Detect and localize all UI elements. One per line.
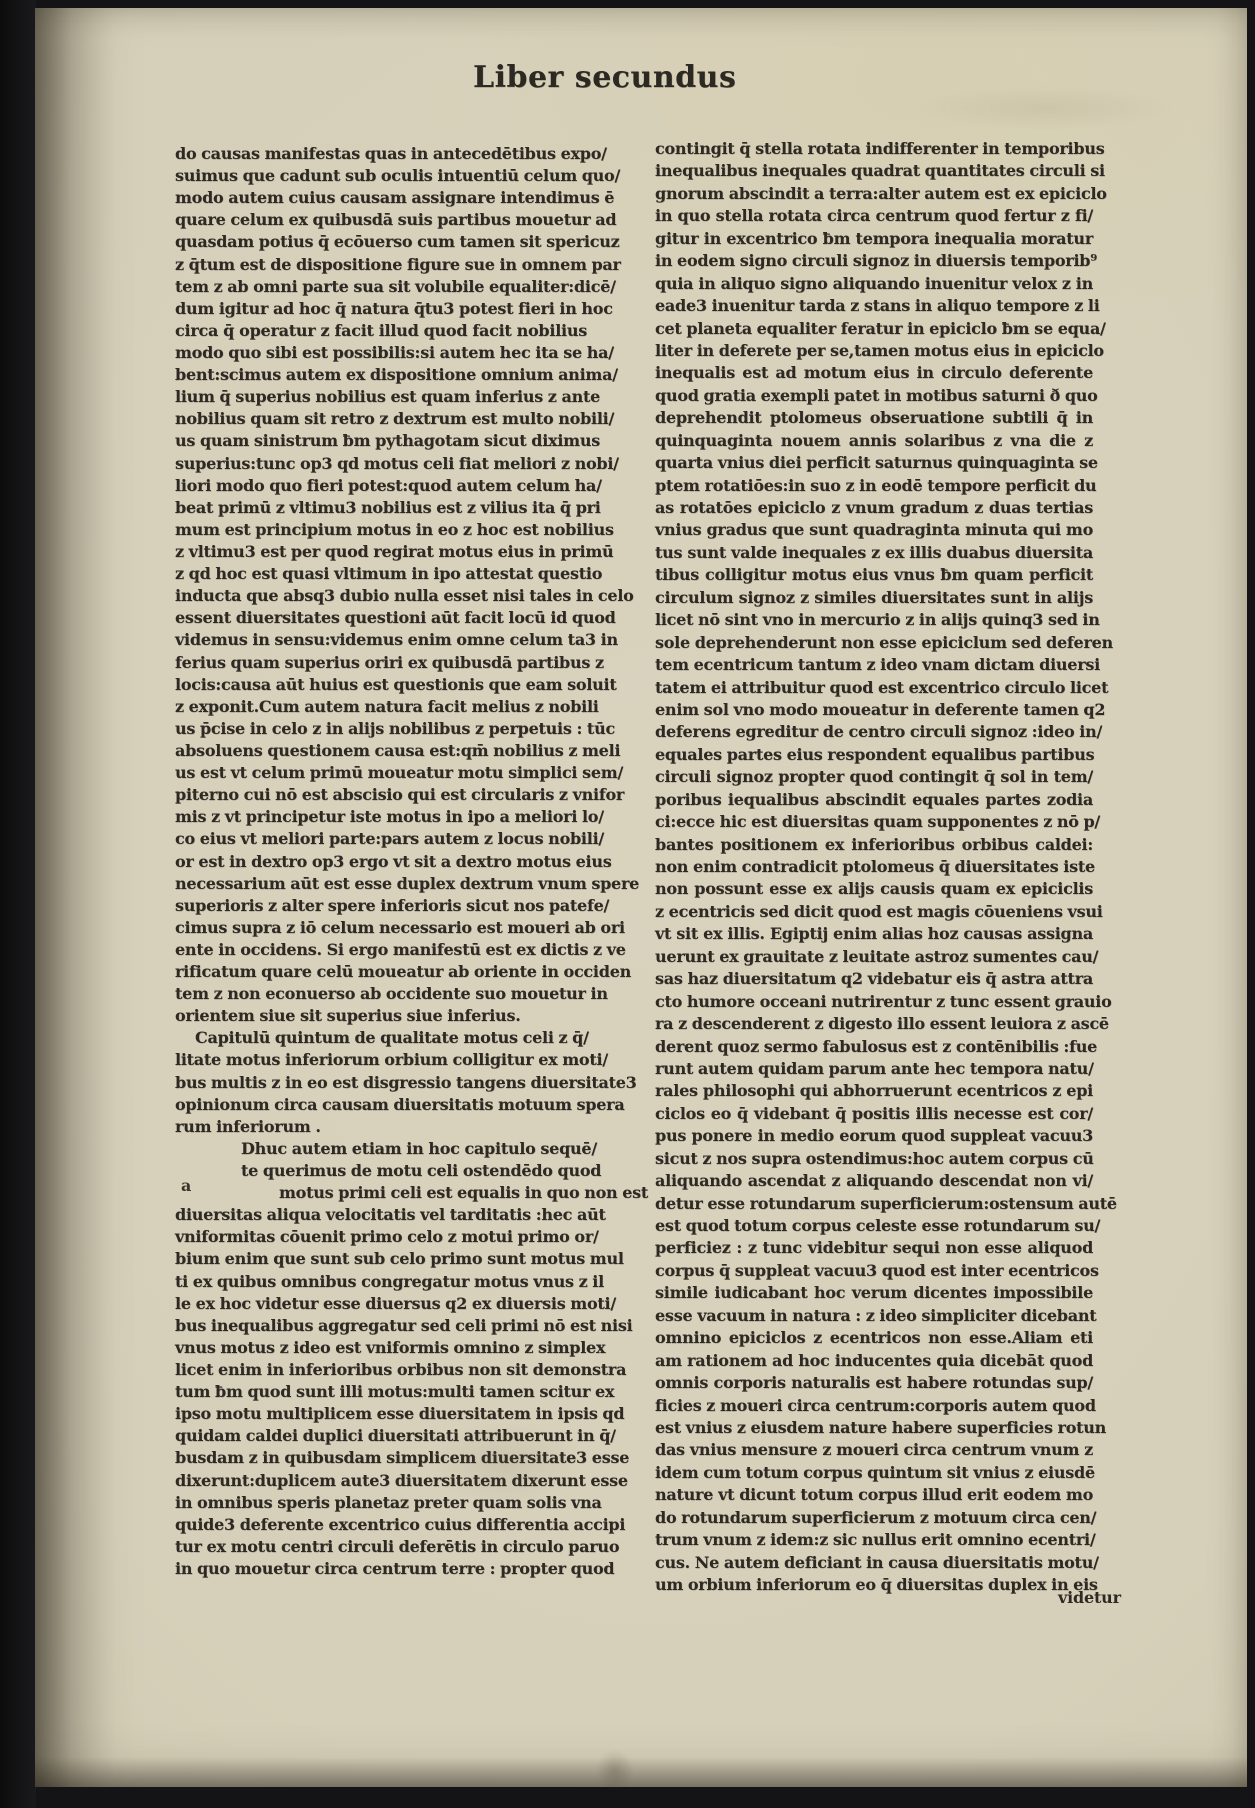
text-line: inequalibus inequales quadrat quantitate… [655, 160, 1093, 182]
text-line: piterno cui nō est abscisio qui est circ… [175, 784, 587, 806]
text-line: ci:ecce hic est diuersitas quam supponen… [655, 811, 1093, 833]
text-line: as rotatōes epiciclo z vnum gradum z dua… [655, 497, 1093, 519]
text-line: tus sunt valde inequales z ex illis duab… [655, 542, 1093, 564]
text-line: modo autem cuius causam assignare intend… [175, 187, 587, 209]
text-line: litate motus inferiorum orbium colligitu… [175, 1049, 587, 1071]
text-line: detur esse rotundarum superficierum:oste… [655, 1193, 1093, 1215]
text-line: equales partes eius respondent equalibus… [655, 744, 1093, 766]
text-line: sole deprehenderunt non esse epiciclum s… [655, 632, 1093, 654]
text-line: z exponit.Cum autem natura facit melius … [175, 696, 587, 718]
text-line: deferens egreditur de centro circuli sig… [655, 721, 1093, 743]
catchword: videtur [1058, 1588, 1121, 1607]
text-line: non enim contradicit ptolomeus q̄ diuers… [655, 856, 1093, 878]
text-line: rum inferiorum . [175, 1116, 587, 1138]
text-line: ferius quam superius oriri ex quibusdā p… [175, 652, 587, 674]
text-line: uerunt ex grauitate z leuitate astroz su… [655, 946, 1093, 968]
text-line: tur ex motu centri circuli deferētis in … [175, 1536, 587, 1558]
text-line: superioris z alter spere inferioris sicu… [175, 895, 587, 917]
text-line: est vnius z eiusdem nature habere superf… [655, 1417, 1093, 1439]
text-line: vnus motus z ideo est vniformis omnino z… [175, 1337, 587, 1359]
text-line: das vnius mensure z moueri circa centrum… [655, 1439, 1093, 1461]
page-bottom-shadow [35, 1757, 1247, 1787]
text-line: trum vnum z idem:z sic nullus erit omnin… [655, 1529, 1093, 1551]
text-line: eade3 inuenitur tarda z stans in aliquo … [655, 295, 1093, 317]
text-line: vnius gradus que sunt quadraginta minuta… [655, 519, 1093, 541]
text-line: tem z ab omni parte sua sit volubile equ… [175, 276, 587, 298]
text-line: quinquaginta nouem annis solaribus z vna… [655, 430, 1093, 452]
text-line: busdam z in quibusdam simplicem diuersit… [175, 1447, 587, 1469]
text-line: sas haz diuersitatum q2 videbatur eis q̄… [655, 968, 1093, 990]
text-line: z q̄tum est de dispositione figure sue i… [175, 254, 587, 276]
text-line: vniformitas cōuenit primo celo z motui p… [175, 1226, 587, 1248]
text-line: sicut z nos supra ostendimus:hoc autem c… [655, 1148, 1093, 1170]
text-line: tibus colligitur motus eius vnus ƀm quam… [655, 564, 1093, 586]
text-line: perficiez : z tunc videbitur sequi non e… [655, 1237, 1093, 1259]
text-line: us quam sinistrum ƀm pythagotam sicut di… [175, 430, 587, 452]
text-line: in eodem signo circuli signoz in diuersi… [655, 250, 1093, 272]
text-line: cus. Ne autem deficiant in causa diuersi… [655, 1552, 1093, 1574]
text-line: do rotundarum superficierum z motuum cir… [655, 1507, 1093, 1529]
text-line: omnino epiciclos z ecentricos non esse.A… [655, 1327, 1093, 1349]
text-line: circuli signoz propter quod contingit q̄… [655, 766, 1093, 788]
text-line: lium q̄ superius nobilius est quam infer… [175, 386, 587, 408]
text-line: quasdam potius q̄ ecōuerso cum tamen sit… [175, 231, 587, 253]
text-line: ptem rotatiōes:in suo z in eodē tempore … [655, 475, 1093, 497]
text-line: dixerunt:duplicem aute3 diuersitatem dix… [175, 1470, 587, 1492]
text-line: nobilius quam sit retro z dextrum est mu… [175, 408, 587, 430]
text-line: rificatum quare celū moueatur ab oriente… [175, 961, 587, 983]
text-line: licet enim in inferioribus orbibus non s… [175, 1359, 587, 1381]
text-line: superius:tunc op3 qd motus celi fiat mel… [175, 453, 587, 475]
text-line: videmus in sensu:videmus enim omne celum… [175, 629, 587, 651]
page-edge-shadow [35, 8, 115, 1787]
guide-letter: a [181, 1176, 191, 1195]
text-line: nature vt dicunt totum corpus illud erit… [655, 1484, 1093, 1506]
text-line: circa q̄ operatur z facit illud quod fac… [175, 320, 587, 342]
text-line: do causas manifestas quas in antecedētib… [175, 143, 587, 165]
dark-surround [0, 0, 36, 1808]
text-line: z ecentricis sed dicit quod est magis cō… [655, 901, 1093, 923]
text-line: gitur in excentrico ƀm tempora inequalia… [655, 228, 1093, 250]
text-line: tum ƀm quod sunt illi motus:multi tamen … [175, 1381, 587, 1403]
text-line: ra z descenderent z digesto illo essent … [655, 1013, 1093, 1035]
text-line: le ex hoc videtur esse diuersus q2 ex di… [175, 1293, 587, 1315]
text-line: esse vacuum in natura : z ideo simplicit… [655, 1305, 1093, 1327]
text-line: mum est principium motus in eo z hoc est… [175, 519, 587, 541]
text-line: gnorum abscindit a terra:alter autem est… [655, 183, 1093, 205]
text-column-right: contingit q̄ stella rotata indifferenter… [655, 138, 1093, 1596]
text-line: modo quo sibi est possibilis:si autem he… [175, 342, 587, 364]
text-line: cet planeta equaliter feratur in epicicl… [655, 318, 1093, 340]
text-line: non possunt esse ex alijs causis quam ex… [655, 878, 1093, 900]
text-line: locis:causa aūt huius est questionis que… [175, 674, 587, 696]
text-line: circulum signoz z similes diuersitates s… [655, 587, 1093, 609]
text-line: enim sol vno modo moueatur in deferente … [655, 699, 1093, 721]
text-line: in quo mouetur circa centrum terre : pro… [175, 1558, 587, 1580]
text-line: ti ex quibus omnibus congregatur motus v… [175, 1271, 587, 1293]
text-line: ente in occidens. Si ergo manifestū est … [175, 939, 587, 961]
text-line: idem cum totum corpus quintum sit vnius … [655, 1462, 1093, 1484]
text-line: quod gratia exempli patet in motibus sat… [655, 385, 1093, 407]
text-line: orientem siue sit superius siue inferius… [175, 1005, 587, 1027]
text-line: quidam caldei duplici diuersitati attrib… [175, 1425, 587, 1447]
text-line: poribus iequalibus abscindit equales par… [655, 789, 1093, 811]
text-line: quide3 deferente excentrico cuius differ… [175, 1514, 587, 1536]
text-line: absoluens questionem causa est:qm̄ nobil… [175, 740, 587, 762]
text-line: licet nō sint vno in mercurio z in alijs… [655, 609, 1093, 631]
text-line: dum igitur ad hoc q̄ natura q̄tu3 potest… [175, 298, 587, 320]
text-line: tatem ei attribuitur quod est excentrico… [655, 677, 1093, 699]
text-line: co eius vt meliori parte:pars autem z lo… [175, 828, 587, 850]
text-line: Dhuc autem etiam in hoc capitulo sequē/ [175, 1138, 587, 1160]
text-line: diuersitas aliqua velocitatis vel tardit… [175, 1204, 587, 1226]
text-line: liori modo quo fieri potest:quod autem c… [175, 475, 587, 497]
text-line: quarta vnius diei perficit saturnus quin… [655, 452, 1093, 474]
running-title: Liber secundus [473, 60, 736, 95]
text-line: opinionum circa causam diuersitatis motu… [175, 1094, 587, 1116]
text-line: um orbium inferiorum eo q̄ diuersitas du… [655, 1574, 1093, 1596]
text-line: derent quoz sermo fabulosus est z contēn… [655, 1036, 1093, 1058]
text-line: liter in deferete per se,tamen motus eiu… [655, 340, 1093, 362]
text-line: runt autem quidam parum ante hec tempora… [655, 1058, 1093, 1080]
text-line: pus ponere in medio eorum quod suppleat … [655, 1125, 1093, 1147]
stain [595, 1748, 635, 1793]
text-line: or est in dextro op3 ergo vt sit a dextr… [175, 851, 587, 873]
text-line: z vltimu3 est per quod regirat motus eiu… [175, 541, 587, 563]
text-line: omnis corporis naturalis est habere rotu… [655, 1372, 1093, 1394]
text-line: ipso motu multiplicem esse diuersitatem … [175, 1403, 587, 1425]
text-line: deprehendit ptolomeus obseruatione subti… [655, 407, 1093, 429]
text-line: aliquando ascendat z aliquando descendat… [655, 1170, 1093, 1192]
text-line: Capitulū quintum de qualitate motus celi… [175, 1027, 587, 1049]
text-line: am rationem ad hoc inducentes quia diceb… [655, 1350, 1093, 1372]
text-line: mis z vt principetur iste motus in ipo a… [175, 806, 587, 828]
text-line: in quo stella rotata circa centrum quod … [655, 205, 1093, 227]
text-line: bent:scimus autem ex dispositione omnium… [175, 364, 587, 386]
text-line: motus primi celi est equalis in quo non … [175, 1182, 587, 1204]
text-line: bus multis z in eo est disgressio tangen… [175, 1072, 587, 1094]
text-line: suimus que cadunt sub oculis intuentiū c… [175, 165, 587, 187]
text-line: bantes positionem ex inferioribus orbibu… [655, 834, 1093, 856]
text-line: beat primū z vltimu3 nobilius est z vili… [175, 497, 587, 519]
text-line: us est vt celum primū moueatur motu simp… [175, 762, 587, 784]
text-line: necessarium aūt est esse duplex dextrum … [175, 873, 587, 895]
text-line: bium enim que sunt sub celo primo sunt m… [175, 1248, 587, 1270]
text-line: bus inequalibus aggregatur sed celi prim… [175, 1315, 587, 1337]
stain [915, 88, 1175, 128]
text-line: est quod totum corpus celeste esse rotun… [655, 1215, 1093, 1237]
text-line: tem ecentricum tantum z ideo vnam dictam… [655, 654, 1093, 676]
text-line: in omnibus speris planetaz preter quam s… [175, 1492, 587, 1514]
text-line: corpus q̄ suppleat vacuu3 quod est inter… [655, 1260, 1093, 1282]
text-line: cimus supra z iō celum necessario est mo… [175, 917, 587, 939]
text-line: tem z non econuerso ab occidente suo mou… [175, 983, 587, 1005]
text-line: inducta que absq3 dubio nulla esset nisi… [175, 585, 587, 607]
text-line: vt sit ex illis. Egiptij enim alias hoz … [655, 923, 1093, 945]
book-page: Liber secundus do causas manifestas quas… [35, 8, 1247, 1787]
text-line: quia in aliquo signo aliquando inuenitur… [655, 273, 1093, 295]
text-line: rales philosophi qui abhorruerunt ecentr… [655, 1080, 1093, 1102]
text-line: cto humore occeani nutrirentur z tunc es… [655, 991, 1093, 1013]
text-column-left: do causas manifestas quas in antecedētib… [175, 143, 587, 1580]
text-line: ficies z moueri circa centrum:corporis a… [655, 1395, 1093, 1417]
text-line: us p̄cise in celo z in alijs nobilibus z… [175, 718, 587, 740]
text-line: quare celum ex quibusdā suis partibus mo… [175, 209, 587, 231]
text-line: ciclos eo q̄ videbant q̄ positis illis n… [655, 1103, 1093, 1125]
text-line: simile iudicabant hoc verum dicentes imp… [655, 1282, 1093, 1304]
text-line: inequalis est ad motum eius in circulo d… [655, 362, 1093, 384]
text-line: z qd hoc est quasi vltimum in ipo attest… [175, 563, 587, 585]
text-line: contingit q̄ stella rotata indifferenter… [655, 138, 1093, 160]
text-line: essent diuersitates questioni aūt facit … [175, 607, 587, 629]
text-line: te querimus de motu celi ostendēdo quod [175, 1160, 587, 1182]
